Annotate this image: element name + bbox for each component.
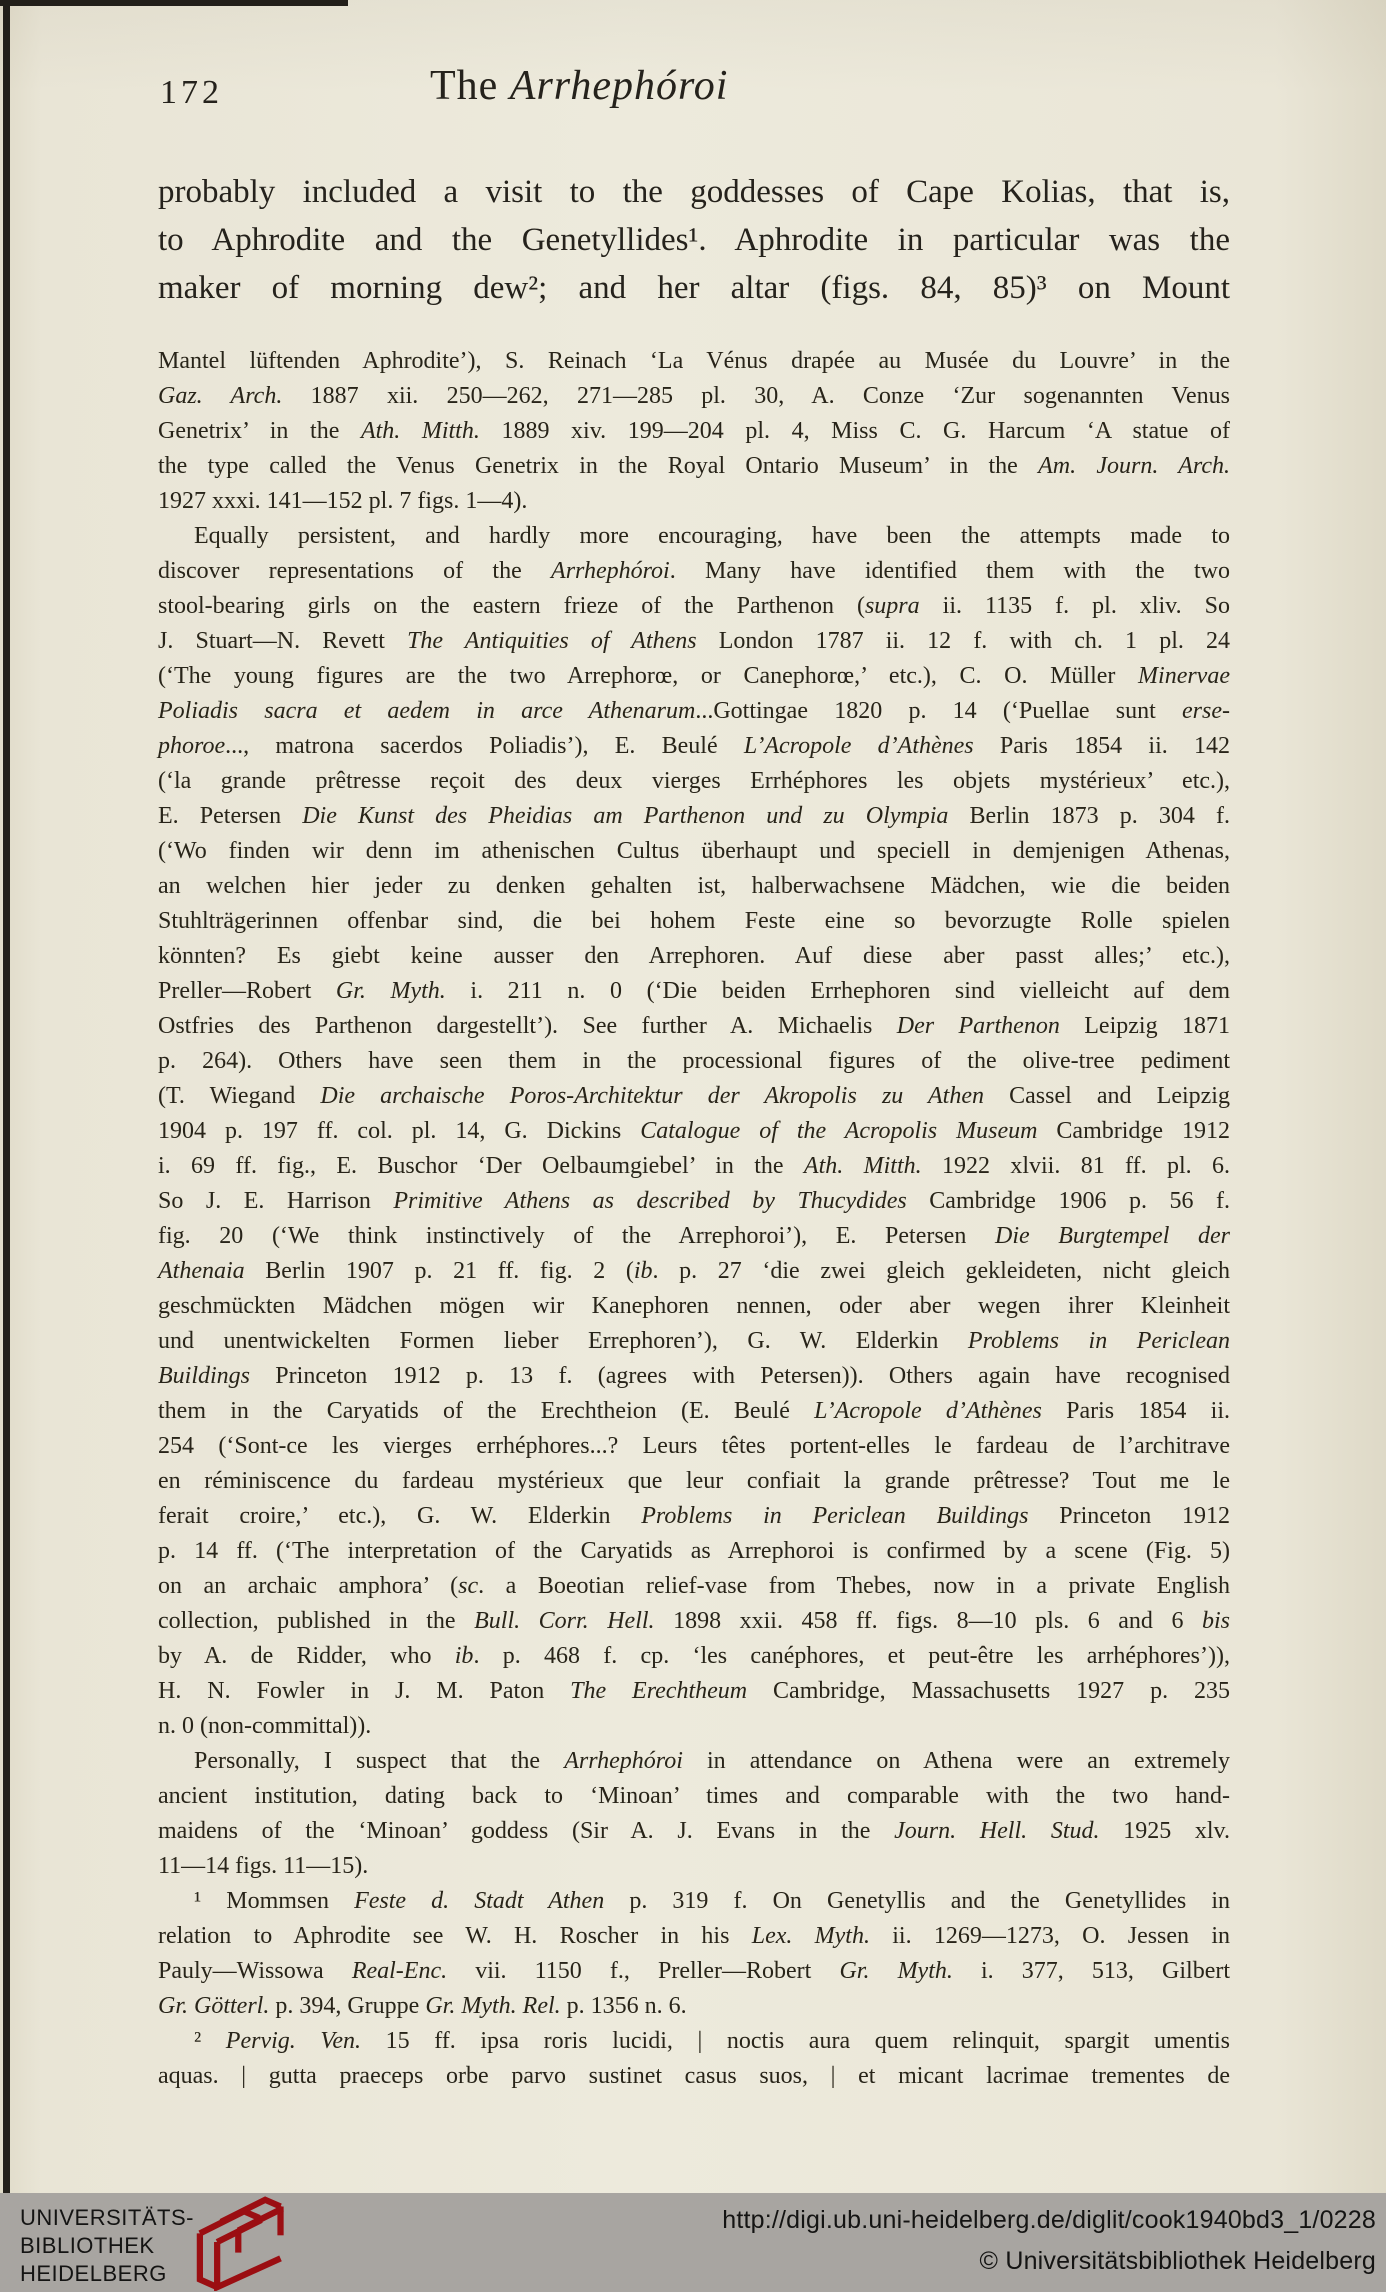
text-line: könnten? Es giebt keine ausser den Arrep… (158, 939, 1230, 974)
library-name-line3: HEIDELBERG (20, 2260, 194, 2288)
text-line: i. 69 ff. fig., E. Buschor ‘Der Oelbaumg… (158, 1149, 1230, 1184)
text-line: phoroe..., matrona sacerdos Poliadis’), … (158, 729, 1230, 764)
text-line: ¹ Mommsen Feste d. Stadt Athen p. 319 f.… (158, 1884, 1230, 1919)
text-line: by A. de Ridder, who ib. p. 468 f. cp. ‘… (158, 1639, 1230, 1674)
text-line: So J. E. Harrison Primitive Athens as de… (158, 1184, 1230, 1219)
text-line: Mantel lüftenden Aphrodite’), S. Reinach… (158, 344, 1230, 379)
text-line: (‘The young figures are the two Arrephor… (158, 659, 1230, 694)
text-line: J. Stuart—N. Revett The Antiquities of A… (158, 624, 1230, 659)
footnote-block: Mantel lüftenden Aphrodite’), S. Reinach… (158, 344, 1230, 2094)
text-line: collection, published in the Bull. Corr.… (158, 1604, 1230, 1639)
text-line: E. Petersen Die Kunst des Pheidias am Pa… (158, 799, 1230, 834)
text-line: Equally persistent, and hardly more enco… (158, 519, 1230, 554)
text-line: Gaz. Arch. 1887 xii. 250—262, 271—285 pl… (158, 379, 1230, 414)
text-line: H. N. Fowler in J. M. Paton The Erechthe… (158, 1674, 1230, 1709)
library-name-line1: UNIVERSITÄTS- (20, 2204, 194, 2232)
text-line: 1904 p. 197 ff. col. pl. 14, G. Dickins … (158, 1114, 1230, 1149)
text-line: the type called the Venus Genetrix in th… (158, 449, 1230, 484)
text-line: 1927 xxxi. 141—152 pl. 7 figs. 1—4). (158, 484, 1230, 519)
text-line: ancient institution, dating back to ‘Min… (158, 1779, 1230, 1814)
text-line: Stuhlträgerinnen offenbar sind, die bei … (158, 904, 1230, 939)
scan-edge-left-artifact (3, 0, 10, 2193)
main-paragraph: probably included a visit to the goddess… (158, 168, 1230, 312)
text-line: geschmückten Mädchen mögen wir Kanephore… (158, 1289, 1230, 1324)
text-line: (‘Wo finden wir denn im athenischen Cult… (158, 834, 1230, 869)
library-name: UNIVERSITÄTS- BIBLIOTHEK HEIDELBERG (20, 2204, 194, 2288)
page-header: 172 The Arrhephóroi (158, 62, 1230, 132)
text-line: to Aphrodite and the Genetyllides¹. Aphr… (158, 216, 1230, 264)
text-line: Pauly—Wissowa Real-Enc. vii. 1150 f., Pr… (158, 1954, 1230, 1989)
text-line: ² Pervig. Ven. 15 ff. ipsa roris lucidi,… (158, 2024, 1230, 2059)
page-title: The Arrhephóroi (430, 62, 728, 110)
library-name-line2: BIBLIOTHEK (20, 2232, 194, 2260)
text-line: Gr. Götterl. p. 394, Gruppe Gr. Myth. Re… (158, 1989, 1230, 2024)
text-line: Athenaia Berlin 1907 p. 21 ff. fig. 2 (i… (158, 1254, 1230, 1289)
text-line: Buildings Princeton 1912 p. 13 f. (agree… (158, 1359, 1230, 1394)
text-line: p. 264). Others have seen them in the pr… (158, 1044, 1230, 1079)
text-line: 254 (‘Sont-ce les vierges errhéphores...… (158, 1429, 1230, 1464)
text-line: discover representations of the Arrhephó… (158, 554, 1230, 589)
text-line: them in the Caryatids of the Erechtheion… (158, 1394, 1230, 1429)
text-line: on an archaic amphora’ (sc. a Boeotian r… (158, 1569, 1230, 1604)
text-line: n. 0 (non-committal)). (158, 1709, 1230, 1744)
library-footer-bar: UNIVERSITÄTS- BIBLIOTHEK HEIDELBERG http… (0, 2193, 1386, 2292)
text-line: fig. 20 (‘We think instinctively of the … (158, 1219, 1230, 1254)
text-line: stool-bearing girls on the eastern friez… (158, 589, 1230, 624)
text-line: relation to Aphrodite see W. H. Roscher … (158, 1919, 1230, 1954)
open-book-logo-icon (186, 2195, 304, 2291)
text-line: aquas. | gutta praeceps orbe parvo susti… (158, 2059, 1230, 2094)
text-line: (‘la grande prêtresse reçoit des deux vi… (158, 764, 1230, 799)
text-line: 11—14 figs. 11—15). (158, 1849, 1230, 1884)
copyright-notice: © Universitätsbibliothek Heidelberg (980, 2247, 1376, 2276)
text-line: maidens of the ‘Minoan’ goddess (Sir A. … (158, 1814, 1230, 1849)
text-line: Poliadis sacra et aedem in arce Athenaru… (158, 694, 1230, 729)
text-line: Personally, I suspect that the Arrhephór… (158, 1744, 1230, 1779)
text-line: p. 14 ff. (‘The interpretation of the Ca… (158, 1534, 1230, 1569)
page-url: http://digi.ub.uni-heidelberg.de/diglit/… (722, 2206, 1376, 2235)
text-line: en réminiscence du fardeau mystérieux qu… (158, 1464, 1230, 1499)
scan-edge-top-artifact (0, 0, 348, 6)
text-line: (T. Wiegand Die archaische Poros-Archite… (158, 1079, 1230, 1114)
text-line: Ostfries des Parthenon dargestellt’). Se… (158, 1009, 1230, 1044)
text-line: Preller—Robert Gr. Myth. i. 211 n. 0 (‘D… (158, 974, 1230, 1009)
text-line: probably included a visit to the goddess… (158, 168, 1230, 216)
page-number: 172 (160, 74, 223, 112)
text-line: maker of morning dew²; and her altar (fi… (158, 264, 1230, 312)
text-line: Genetrix’ in the Ath. Mitth. 1889 xiv. 1… (158, 414, 1230, 449)
text-line: ferait croire,’ etc.), G. W. Elderkin Pr… (158, 1499, 1230, 1534)
text-line: und unentwickelten Formen lieber Errepho… (158, 1324, 1230, 1359)
text-line: an welchen hier jeder zu denken gehalten… (158, 869, 1230, 904)
